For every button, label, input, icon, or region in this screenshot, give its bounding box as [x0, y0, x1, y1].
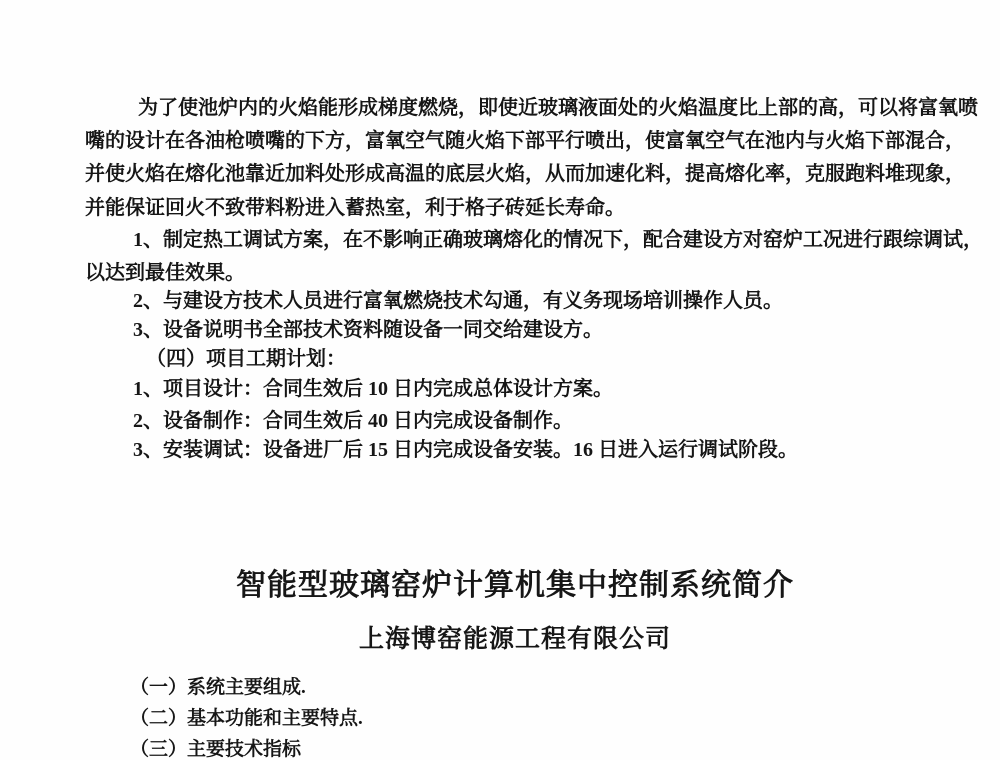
list-item-1-line-2: 以达到最佳效果。	[85, 261, 245, 285]
company-name: 上海博窑能源工程有限公司	[85, 619, 945, 655]
toc-item-2: （二）基本功能和主要特点.	[130, 703, 363, 730]
paragraph-line: 嘴的设计在各油枪喷嘴的下方，富氧空气随火焰下部平行喷出，使富氧空气在池内与火焰下…	[85, 129, 965, 153]
plan-item-2: 2、设备制作：合同生效后 40 日内完成设备制作。	[133, 409, 573, 433]
paragraph-line: 并能保证回火不致带料粉进入蓄热室，利于格子砖延长寿命。	[85, 196, 625, 220]
toc-item-1: （一）系统主要组成.	[130, 672, 306, 699]
paragraph-line: 并使火焰在熔化池靠近加料处形成高温的底层火焰，从而加速化料，提高熔化率，克服跑料…	[85, 162, 965, 186]
paragraph-line: 为了使池炉内的火焰能形成梯度燃烧，即使近玻璃液面处的火焰温度比上部的高，可以将富…	[138, 96, 978, 120]
plan-item-1: 1、项目设计：合同生效后 10 日内完成总体设计方案。	[133, 377, 613, 401]
list-item-1-line-1: 1、制定热工调试方案，在不影响正确玻璃熔化的情况下，配合建设方对窑炉工况进行跟综…	[133, 228, 983, 252]
list-item-2: 2、与建设方技术人员进行富氧燃烧技术勾通，有义务现场培训操作人员。	[133, 289, 783, 313]
document-page: 为了使池炉内的火焰能形成梯度燃烧，即使近玻璃液面处的火焰温度比上部的高，可以将富…	[0, 0, 1000, 760]
section-heading: （四）项目工期计划：	[146, 347, 346, 371]
toc-item-3: （三）主要技术指标	[130, 734, 301, 760]
plan-item-3: 3、安装调试：设备进厂后 15 日内完成设备安装。16 日进入运行调试阶段。	[133, 438, 798, 462]
intro-title: 智能型玻璃窑炉计算机集中控制系统简介	[85, 560, 945, 604]
list-item-3: 3、设备说明书全部技术资料随设备一同交给建设方。	[133, 318, 603, 342]
